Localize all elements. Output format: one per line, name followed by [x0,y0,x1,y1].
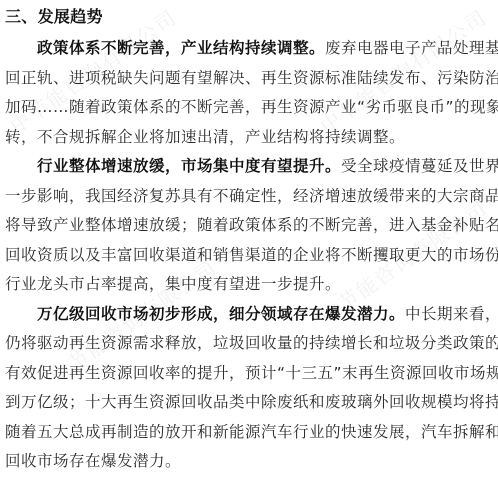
paragraph-2-line-5: 行业龙头市占率提高，集中度有望进一步提升。 [5,274,341,294]
paragraph-3-line-4: 到万亿级；十大再生资源回收品类中除废纸和废玻璃外回收规模均将持续增长， [5,392,498,412]
section-heading: 三、发展趋势 [5,4,103,27]
paragraph-3-line-6: 回收市场存在爆发潜力。 [5,451,181,471]
paragraph-1-line-3: 加码……随着政策体系的不断完善，再生资源产业“劣币驱良币”的现象将得到扭 [5,97,498,117]
paragraph-3-text: 中长期来看，政策红利 [405,305,498,323]
paragraph-2-line-2: 一步影响，我国经济复苏具有不确定性，经济增速放缓带来的大宗商品需求疲软， [5,186,498,206]
paragraph-2-line-1: 行业整体增速放缓，市场集中度有望提升。受全球疫情蔓延及世界变局的进 [37,156,498,176]
paragraph-1-line-1: 政策体系不断完善，产业结构持续调整。废弃电器电子产品处理基金补贴重 [37,38,498,58]
paragraph-2-lead: 行业整体增速放缓，市场集中度有望提升。 [37,157,341,175]
paragraph-1-line-2: 回正轨、进项税缺失问题有望解决、再生资源标准陆续发布、污染防治力度持续 [5,68,498,88]
paragraph-2-text: 受全球疫情蔓延及世界变局的进 [341,157,498,175]
paragraph-1-line-4: 转，不合规拆解企业将加速出清，产业结构将持续调整。 [5,127,405,147]
paragraph-2-line-3: 将导致产业整体增速放缓；随着政策体系的不断完善，进入基金补贴名单、拥有 [5,215,498,235]
paragraph-3-line-5: 随着五大总成再制造的放开和新能源汽车行业的快速发展，汽车拆解和动力电池 [5,422,498,442]
paragraph-3-line-1: 万亿级回收市场初步形成，细分领域存在爆发潜力。中长期来看，政策红利 [37,304,498,324]
paragraph-3-line-3: 有效促进再生资源回收率的提升，预计“十三五”末再生资源回收市场规模将达 [5,363,498,383]
paragraph-2-line-4: 回收资质以及丰富回收渠道和销售渠道的企业将不断攫取更大的市场份额，利好 [5,245,498,265]
paragraph-3-line-2: 仍将驱动再生资源需求释放，垃圾回收量的持续增长和垃圾分类政策的落地能够 [5,333,498,353]
paragraph-1-text: 废弃电器电子产品处理基金补贴重 [325,39,498,57]
document-page: 中节能咨询有限公司 中节能咨询有限公司 中节能咨询有限公司 中节能咨询有限公司 … [0,0,498,482]
paragraph-3-lead: 万亿级回收市场初步形成，细分领域存在爆发潜力。 [37,305,405,323]
paragraph-1-lead: 政策体系不断完善，产业结构持续调整。 [37,39,325,57]
